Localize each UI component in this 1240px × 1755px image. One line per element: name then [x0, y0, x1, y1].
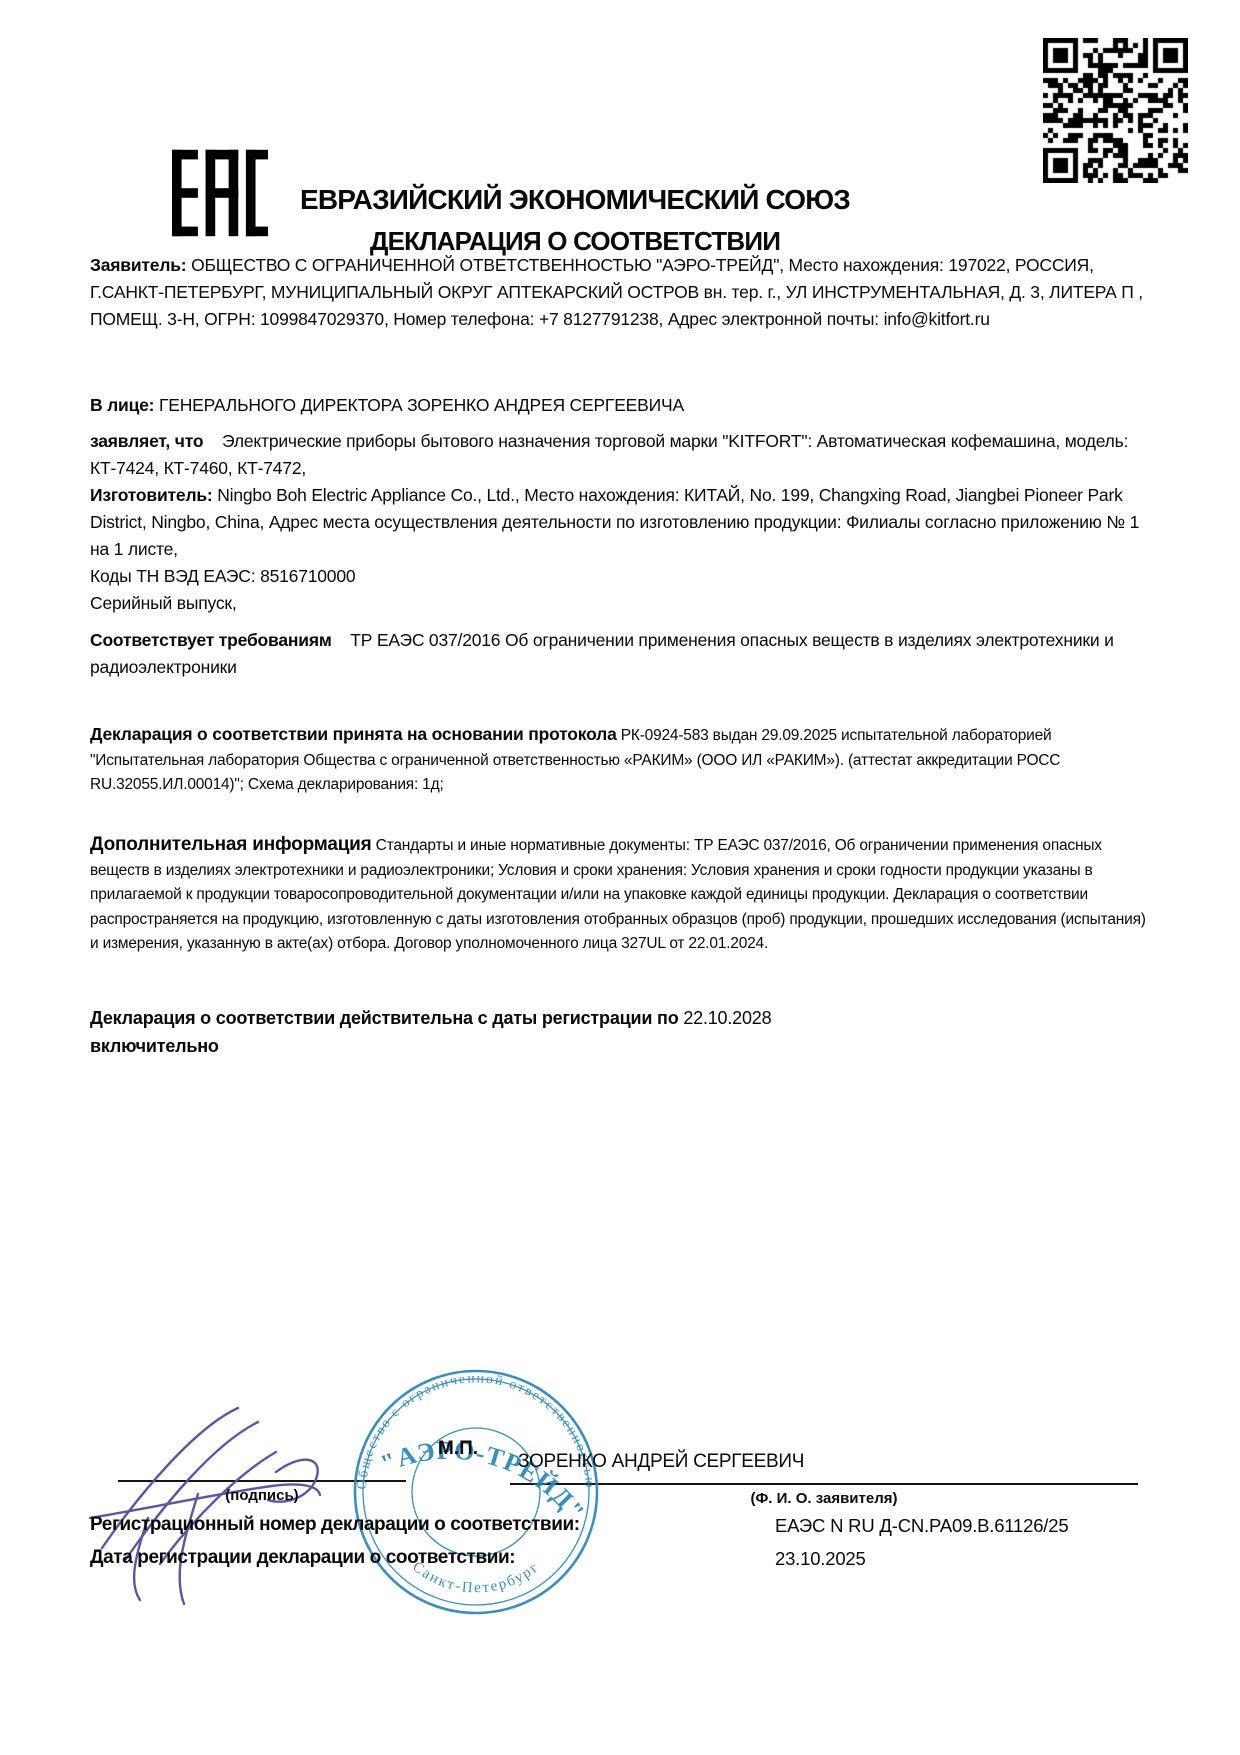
- manufacturer-text: Ningbo Boh Electric Appliance Co., Ltd.,…: [90, 485, 1139, 559]
- validity-paragraph: Декларация о соответствии действительна …: [90, 1004, 1152, 1060]
- registration-number-row: Регистрационный номер декларации о соотв…: [90, 1514, 1152, 1536]
- stamp-place-label: М.П.: [438, 1438, 478, 1460]
- registration-date-label: Дата регистрации декларации о соответств…: [90, 1547, 515, 1568]
- manufacturer-label: Изготовитель:: [90, 485, 213, 505]
- validity-date: 22.10.2028: [683, 1008, 771, 1028]
- person-label: В лице:: [90, 395, 154, 415]
- manufacturer-paragraph: Изготовитель: Ningbo Boh Electric Applia…: [90, 482, 1152, 563]
- validity-label-before: Декларация о соответствии действительна …: [90, 1008, 679, 1028]
- registration-date-value: 23.10.2025: [775, 1548, 866, 1570]
- basis-paragraph: Декларация о соответствии принята на осн…: [90, 722, 1152, 798]
- registration-number-value: ЕАЭС N RU Д-CN.РА09.В.61126/25: [775, 1515, 1068, 1537]
- basis-label: Декларация о соответствии принята на осн…: [90, 724, 617, 744]
- union-title: ЕВРАЗИЙСКИЙ ЭКОНОМИЧЕСКИЙ СОЮЗ: [0, 184, 1150, 216]
- person-paragraph: В лице: ГЕНЕРАЛЬНОГО ДИРЕКТОРА ЗОРЕНКО А…: [90, 392, 1152, 419]
- tnved-codes-line: Коды ТН ВЭД ЕАЭС: 8516710000: [90, 563, 1152, 590]
- declares-text: Электрические приборы бытового назначени…: [90, 431, 1128, 478]
- complies-paragraph: Соответствует требованиям ТР ЕАЭС 037/20…: [90, 627, 1152, 681]
- product-section: заявляет, что Электрические приборы быто…: [90, 428, 1152, 617]
- declaration-document: ЕВРАЗИЙСКИЙ ЭКОНОМИЧЕСКИЙ СОЮЗ ДЕКЛАРАЦИ…: [0, 0, 1240, 1755]
- registration-number-label: Регистрационный номер декларации о соотв…: [90, 1514, 580, 1535]
- registration-date-row: Дата регистрации декларации о соответств…: [90, 1547, 1152, 1569]
- serial-line: Серийный выпуск,: [90, 590, 1152, 617]
- applicant-paragraph: Заявитель: ОБЩЕСТВО С ОГРАНИЧЕННОЙ ОТВЕТ…: [90, 252, 1152, 333]
- person-text: ГЕНЕРАЛЬНОГО ДИРЕКТОРА ЗОРЕНКО АНДРЕЯ СЕ…: [159, 395, 684, 415]
- additional-info-paragraph: Дополнительная информация Стандарты и ин…: [90, 833, 1152, 957]
- complies-label: Соответствует требованиям: [90, 630, 332, 650]
- applicant-full-name: ЗОРЕНКО АНДРЕЙ СЕРГЕЕВИЧ: [518, 1451, 804, 1473]
- name-line: [510, 1483, 1138, 1485]
- applicant-label: Заявитель:: [90, 255, 186, 275]
- document-header: ЕВРАЗИЙСКИЙ ЭКОНОМИЧЕСКИЙ СОЮЗ ДЕКЛАРАЦИ…: [0, 184, 1150, 257]
- svg-text:"АЭРО-ТРЕЙД": "АЭРО-ТРЕЙД": [377, 1436, 591, 1527]
- declares-paragraph: заявляет, что Электрические приборы быто…: [90, 428, 1152, 482]
- stamp-center-text: "АЭРО-ТРЕЙД": [377, 1436, 591, 1527]
- validity-label-after: включительно: [90, 1032, 1152, 1060]
- qr-code: [1043, 38, 1188, 183]
- name-caption: (Ф. И. О. заявителя): [510, 1490, 1138, 1507]
- additional-info-label: Дополнительная информация: [90, 834, 372, 855]
- signature-caption: (подпись): [118, 1487, 406, 1504]
- applicant-text: ОБЩЕСТВО С ОГРАНИЧЕННОЙ ОТВЕТСТВЕННОСТЬЮ…: [90, 255, 1143, 329]
- declares-label: заявляет, что: [90, 431, 203, 451]
